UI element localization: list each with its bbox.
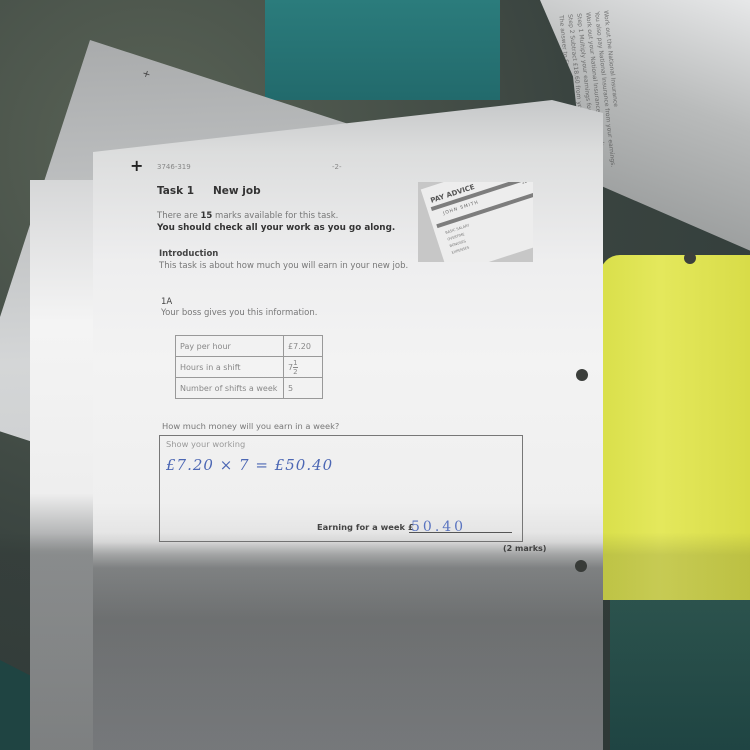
- payslip-image: PAY ADVICE JOHN SMITH BASIC SALARY OVERT…: [418, 182, 533, 262]
- back-sheet-crosshair: +: [141, 68, 152, 81]
- table-label: Pay per hour: [176, 336, 284, 357]
- punch-hole-top: [576, 369, 588, 381]
- task-label: Task 1: [157, 185, 194, 197]
- table-value: 5: [284, 378, 323, 399]
- task-name: New job: [213, 185, 261, 197]
- table-value: £7.20: [284, 336, 323, 357]
- crosshair-icon: +: [130, 158, 143, 174]
- payslip-card: PAY ADVICE JOHN SMITH BASIC SALARY OVERT…: [421, 182, 533, 262]
- handwritten-working: £7.20 × 7 = £50.40: [166, 456, 333, 474]
- table-row: Hours in a shift 712: [176, 357, 323, 378]
- page-number: -2-: [332, 163, 342, 171]
- punch-hole-bottom: [575, 560, 587, 572]
- working-box[interactable]: Show your working £7.20 × 7 = £50.40 Ear…: [159, 435, 523, 542]
- table-label: Number of shifts a week: [176, 378, 284, 399]
- question-text: How much money will you earn in a week?: [162, 421, 339, 431]
- working-label: Show your working: [166, 439, 245, 449]
- handwritten-answer: 50.40: [411, 519, 466, 535]
- table-value: 712: [284, 357, 323, 378]
- marks-count: 15: [201, 211, 213, 221]
- check-instruction: You should check all your work as you go…: [157, 223, 395, 233]
- answer-label: Earning for a week £: [317, 522, 414, 532]
- info-table: Pay per hour £7.20 Hours in a shift 712 …: [175, 335, 323, 399]
- table-row: Pay per hour £7.20: [176, 336, 323, 357]
- intro-text: This task is about how much you will ear…: [159, 261, 408, 271]
- intro-heading: Introduction: [159, 249, 218, 259]
- section-id: 1A: [161, 297, 172, 307]
- teal-cloth: [265, 0, 500, 100]
- marks-available: There are 15 marks available for this ta…: [157, 211, 338, 221]
- teal-cloth-bottom: [610, 590, 750, 750]
- table-label: Hours in a shift: [176, 357, 284, 378]
- marks-total: (2 marks): [503, 544, 546, 553]
- fraction: 12: [293, 359, 297, 376]
- section-text: Your boss gives you this information.: [161, 308, 317, 318]
- punch-hole-right-sheet: [684, 252, 696, 264]
- table-row: Number of shifts a week 5: [176, 378, 323, 399]
- payslip-rows: BASIC SALARY OVERTIME BONUSES EXPENSES: [444, 222, 476, 256]
- yellow-cloth: [600, 255, 750, 600]
- paper-reference: 3746-319: [157, 163, 191, 171]
